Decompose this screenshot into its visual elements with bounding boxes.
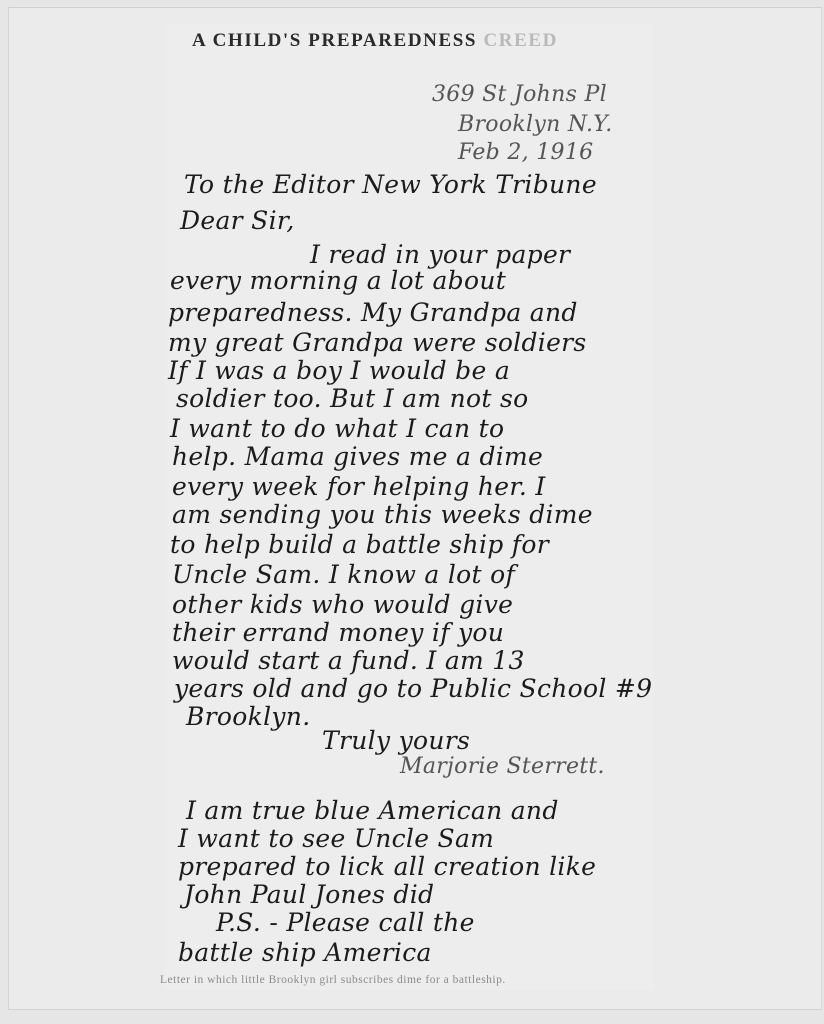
body-line: their errand money if you bbox=[172, 618, 504, 647]
heading-main: A CHILD'S PREPAREDNESS bbox=[192, 30, 477, 51]
body-line: would start a fund. I am 13 bbox=[172, 646, 525, 675]
address-city: Brooklyn N.Y. bbox=[458, 112, 613, 137]
greeting-line: Dear Sir, bbox=[180, 206, 295, 235]
closing-line: Truly yours bbox=[322, 726, 470, 755]
body-line: I want to do what I can to bbox=[170, 414, 504, 443]
body-line: If I was a boy I would be a bbox=[168, 356, 510, 385]
body-line: Uncle Sam. I know a lot of bbox=[172, 560, 515, 589]
body-line: soldier too. But I am not so bbox=[176, 384, 528, 413]
body-line: every week for helping her. I bbox=[172, 472, 546, 501]
body-line: help. Mama gives me a dime bbox=[172, 442, 543, 471]
postscript-line: John Paul Jones did bbox=[184, 880, 434, 909]
photo-caption: Letter in which little Brooklyn girl sub… bbox=[160, 974, 506, 986]
body-line: I read in your paper bbox=[310, 240, 570, 269]
body-line: Brooklyn. bbox=[186, 702, 310, 731]
signature: Marjorie Sterrett. bbox=[400, 754, 605, 779]
body-line: other kids who would give bbox=[172, 590, 513, 619]
body-line: to help build a battle ship for bbox=[170, 530, 549, 559]
body-line: preparedness. My Grandpa and bbox=[168, 298, 578, 327]
body-line: my great Grandpa were soldiers bbox=[168, 328, 587, 357]
postscript-line: I want to see Uncle Sam bbox=[178, 824, 494, 853]
address-street: 369 St Johns Pl bbox=[432, 82, 607, 107]
postscript-line: I am true blue American and bbox=[186, 796, 559, 825]
recipient-line: To the Editor New York Tribune bbox=[184, 170, 597, 199]
body-line: am sending you this weeks dime bbox=[172, 500, 593, 529]
postscript-line: prepared to lick all creation like bbox=[178, 852, 596, 881]
letter-heading: A CHILD'S PREPAREDNESS CREED bbox=[192, 30, 558, 52]
postscript-line: battle ship America bbox=[178, 938, 432, 967]
letter-date: Feb 2, 1916 bbox=[458, 140, 593, 165]
postscript-line: P.S. - Please call the bbox=[216, 908, 475, 937]
heading-faded: CREED bbox=[483, 30, 558, 51]
body-line: every morning a lot about bbox=[170, 266, 506, 295]
body-line: years old and go to Public School #9 bbox=[174, 674, 652, 703]
